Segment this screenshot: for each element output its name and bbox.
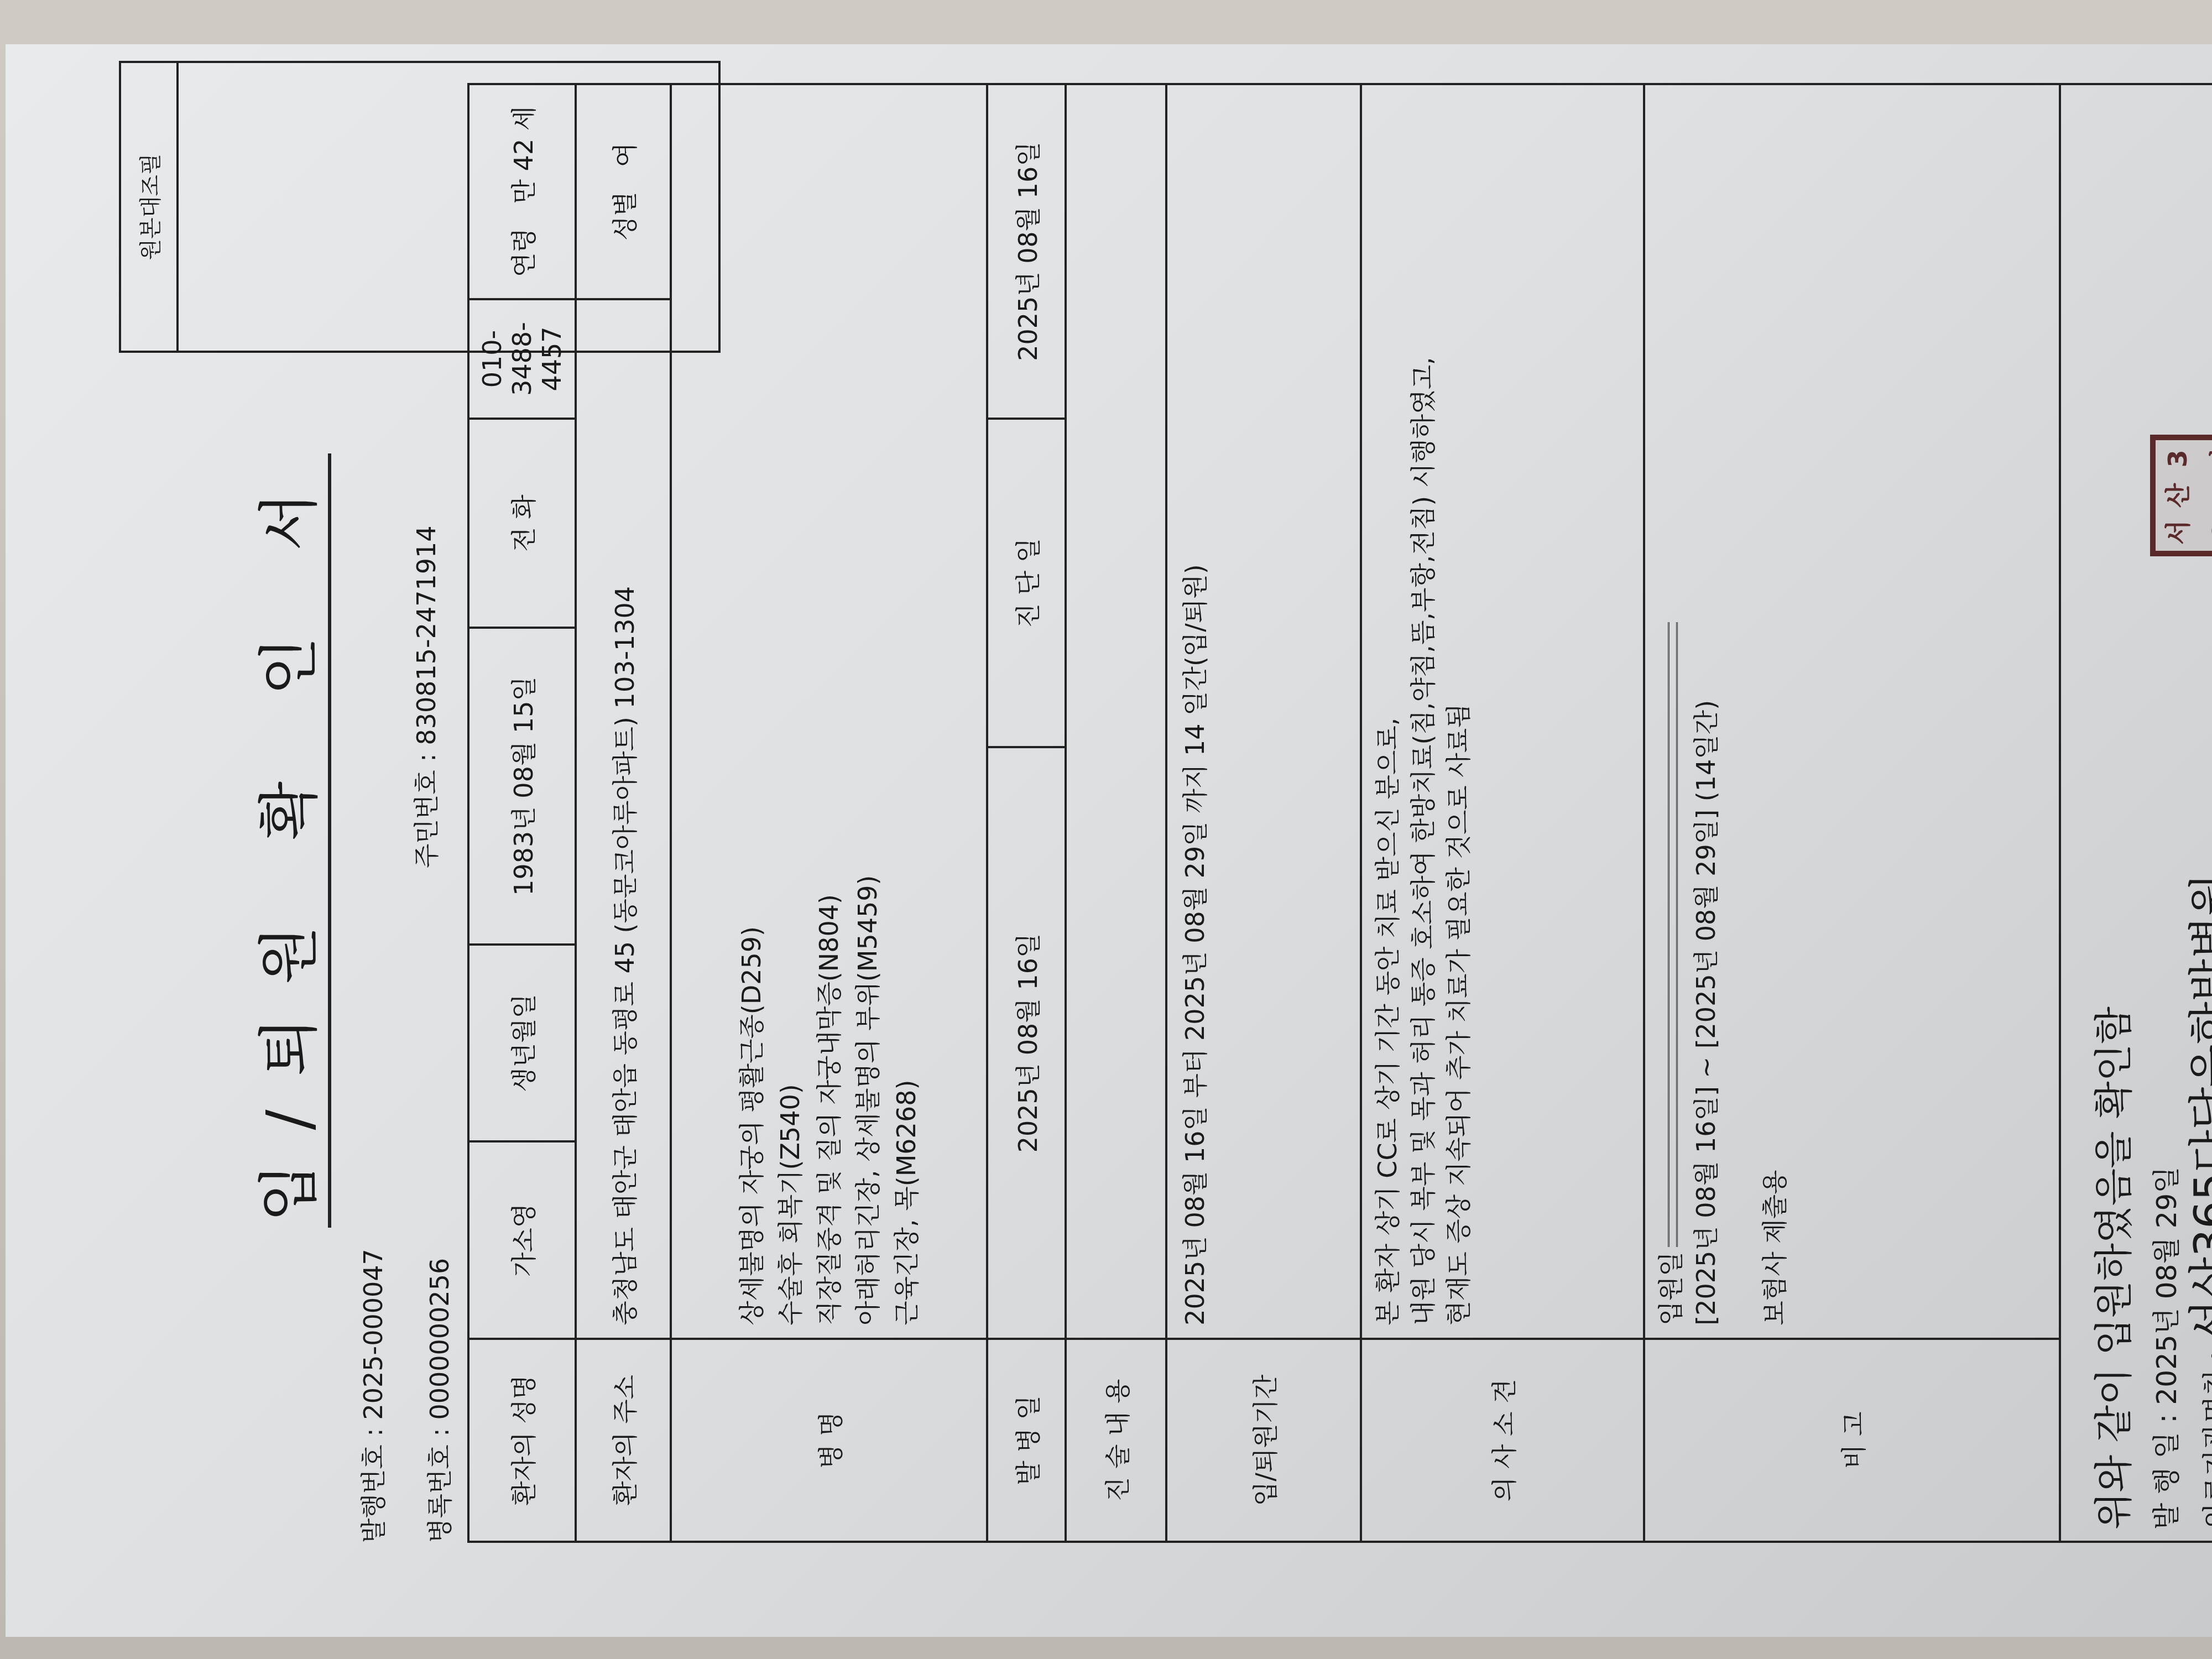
confirmation-block: 위와 같이 입원하였음을 확인함 발 행 일 : 2025년 08월 29일 의… xyxy=(2060,84,2212,1542)
surgery-label: 진 술 내 용 xyxy=(1066,1339,1166,1542)
admit-date-label: 입원일 xyxy=(1653,97,1688,1326)
remarks-row: 비 고 입원일 [2025년 08월 16일] ~ [2025년 08월 29일… xyxy=(1644,84,2060,1542)
opinion-label: 의 사 소 견 xyxy=(1361,1339,1644,1542)
remarks-purpose: 보험사 제출용 xyxy=(1757,97,1792,1326)
patient-row-2: 환자의 주소 충청남도 태안군 태안읍 동평로 45 (동문코아루아파트) 10… xyxy=(576,84,671,1542)
document-title: 입/퇴원 확 인 서 xyxy=(241,39,328,1642)
birth-date: 1983년 08월 15일 xyxy=(468,628,576,945)
period-label: 입/퇴원기간 xyxy=(1166,1339,1361,1542)
patient-row-1: 환자의 성명 가소영 생년월일 1983년 08월 15일 전 화 010-34… xyxy=(468,84,576,1542)
issuer-details: 발 행 일 : 2025년 08월 29일 의료기관명칭 : 서산365다담은한… xyxy=(2145,85,2212,1541)
age-cell: 연령 만 42 세 xyxy=(468,84,576,299)
remarks-label: 비 고 xyxy=(1644,1339,2060,1542)
patient-name: 가소영 xyxy=(468,1141,576,1339)
address-label: 환자의 주소 xyxy=(576,1339,671,1542)
hospital-seal-icon: 서산3 65다 담은인 xyxy=(2150,435,2212,556)
confirmation-statement: 위와 같이 입원하였음을 확인함 xyxy=(2061,85,2145,1541)
diagnosis-date-label: 진 단 일 xyxy=(987,419,1066,747)
diagnosis-item: 수술후 회복기(Z540) xyxy=(771,97,810,1326)
admission-certificate: 원본대조필 입/퇴원 확 인 서 발행번호 : 2025-000047 병록번호… xyxy=(25,39,2159,1642)
diagnosis-date: 2025년 08월 16일 xyxy=(987,84,1066,419)
certificate-table: 환자의 성명 가소영 생년월일 1983년 08월 15일 전 화 010-34… xyxy=(467,83,2212,1543)
diagnosis-item: 아래허리긴장, 상세불명의 부위(M5459) xyxy=(848,97,887,1326)
onset-row: 발 병 일 2025년 08월 16일 진 단 일 2025년 08월 16일 xyxy=(987,84,1066,1542)
diagnosis-label: 병 명 xyxy=(671,1339,987,1542)
patient-phone: 010-3488-4457 xyxy=(468,299,576,419)
period-value: 2025년 08월 16일 부터 2025년 08월 29일 까지 14 일간(… xyxy=(1166,84,1361,1339)
issue-date: 발 행 일 : 2025년 08월 29일 xyxy=(2145,96,2189,1530)
diagnosis-row: 병 명 상세불명의 자궁의 평활근종(D259) 수술후 회복기(Z540) 직… xyxy=(671,84,987,1542)
record-number: 병록번호 : 0000000256 xyxy=(406,1249,473,1543)
surgery-value xyxy=(1066,84,1166,1339)
onset-date: 2025년 08월 16일 xyxy=(987,747,1066,1339)
opinion-text: 본 환자 상기 CC로 상기 기간 동안 치료 받으신 분으로, 내원 당시 복… xyxy=(1361,84,1644,1339)
sex-cell: 성별 여 xyxy=(576,84,671,299)
patient-address: 충청남도 태안군 태안읍 동평로 45 (동문코아루아파트) 103-1304 xyxy=(576,299,671,1339)
admit-range: [2025년 08월 16일] ~ [2025년 08월 29일] (14일간) xyxy=(1688,97,1724,1326)
patient-name-label: 환자의 성명 xyxy=(468,1339,576,1542)
diagnosis-item: 상세불명의 자궁의 평활근종(D259) xyxy=(732,97,771,1326)
issue-number: 발행번호 : 2025-000047 xyxy=(340,1249,406,1543)
remarks-content: 입원일 [2025년 08월 16일] ~ [2025년 08월 29일] (1… xyxy=(1644,84,2060,1339)
surgery-row: 진 술 내 용 xyxy=(1066,84,1166,1542)
resident-number: 주민번호 : 830815-2471914 xyxy=(406,525,443,868)
diagnosis-item: 근육긴장, 목(M6268) xyxy=(887,97,926,1326)
phone-label: 전 화 xyxy=(468,419,576,628)
paper-background: 원본대조필 입/퇴원 확 인 서 발행번호 : 2025-000047 병록번호… xyxy=(6,44,2212,1637)
onset-label: 발 병 일 xyxy=(987,1339,1066,1542)
institution-name: 의료기관명칭 : 서산365다담은한방병원 xyxy=(2189,96,2212,1530)
confirmation-row: 위와 같이 입원하였음을 확인함 발 행 일 : 2025년 08월 29일 의… xyxy=(2060,84,2212,1542)
opinion-row: 의 사 소 견 본 환자 상기 CC로 상기 기간 동안 치료 받으신 분으로,… xyxy=(1361,84,1644,1542)
document-meta: 발행번호 : 2025-000047 병록번호 : 0000000256 xyxy=(340,1249,473,1543)
period-row: 입/퇴원기간 2025년 08월 16일 부터 2025년 08월 29일 까지… xyxy=(1166,84,1361,1542)
double-rule xyxy=(1668,622,1678,1247)
diagnosis-item: 직장질중격 및 질의 자궁내막증(N804) xyxy=(810,97,848,1326)
original-check-label: 원본대조필 xyxy=(121,63,179,351)
birth-label: 생년월일 xyxy=(468,945,576,1142)
diagnosis-list: 상세불명의 자궁의 평활근종(D259) 수술후 회복기(Z540) 직장질중격… xyxy=(671,84,987,1339)
